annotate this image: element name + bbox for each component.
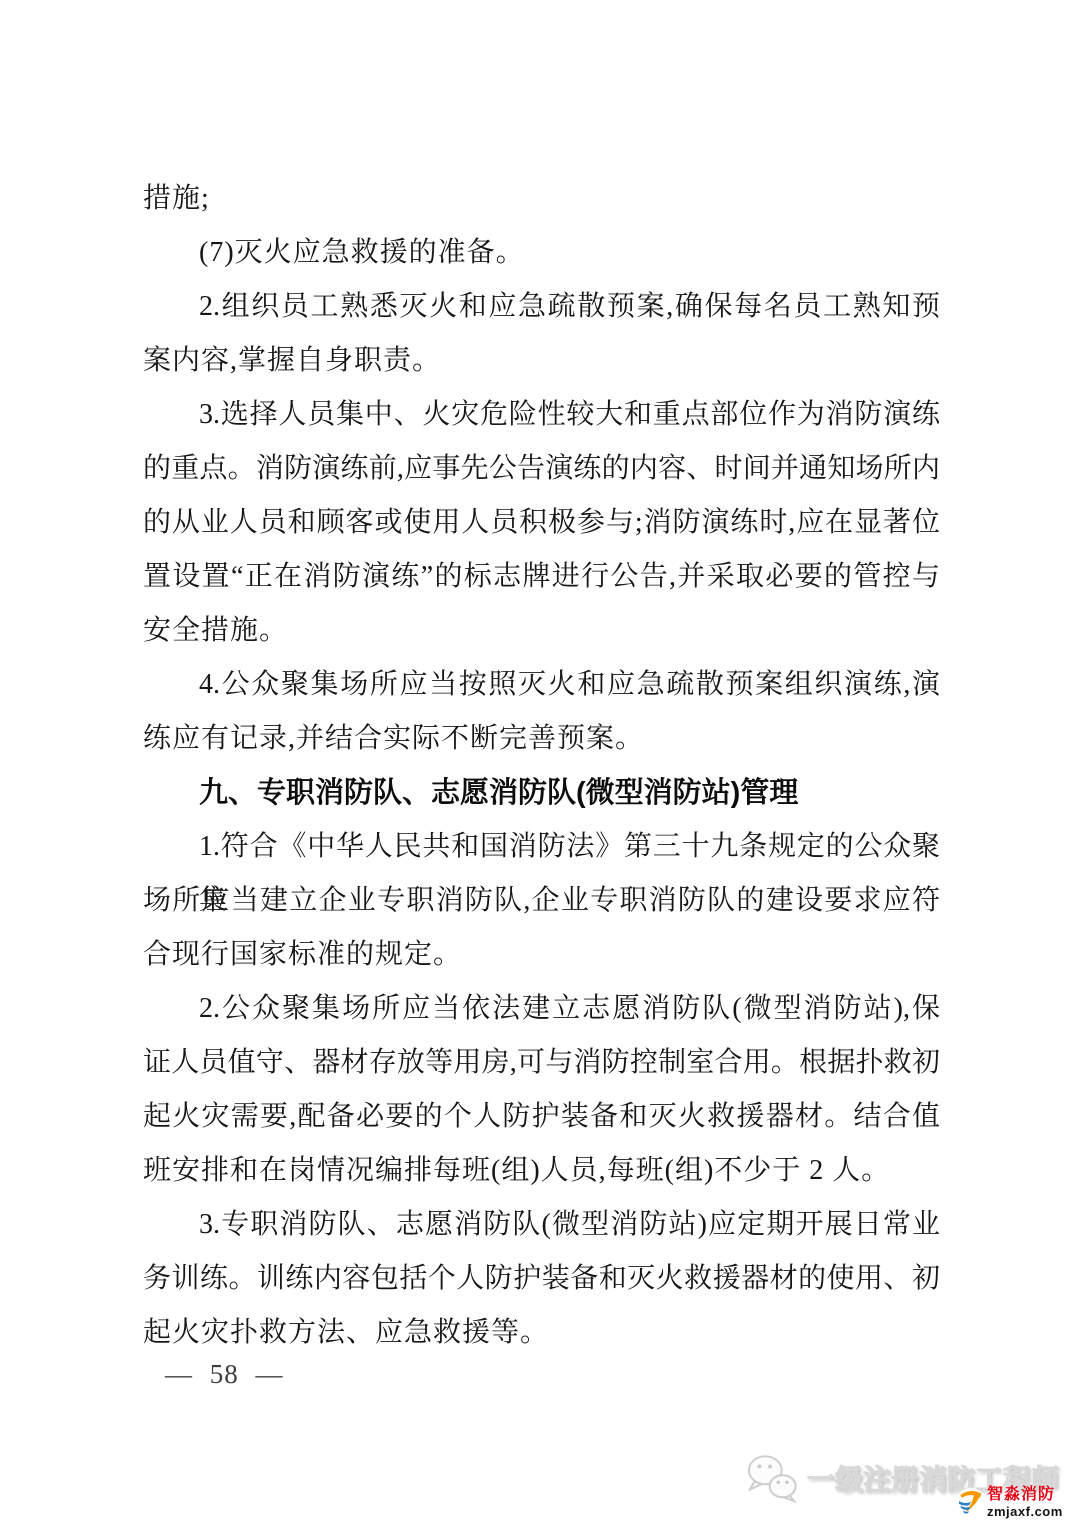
brand-site: zmjaxf.com xyxy=(987,1505,1063,1518)
section-heading: 九、专职消防队、志愿消防队(微型消防站)管理 xyxy=(143,766,940,820)
wechat-icon xyxy=(745,1452,801,1504)
document-line: (7)灭火应急救援的准备。 xyxy=(143,226,940,280)
document-line: 2.组织员工熟悉灭火和应急疏散预案,确保每名员工熟知预 xyxy=(143,280,940,334)
document-line: 班安排和在岗情况编排每班(组)人员,每班(组)不少于 2 人。 xyxy=(143,1144,940,1198)
document-line: 案内容,掌握自身职责。 xyxy=(143,334,940,388)
document-line: 场所应当建立企业专职消防队,企业专职消防队的建设要求应符 xyxy=(143,874,940,928)
document-line: 2.公众聚集场所应当依法建立志愿消防队(微型消防站),保 xyxy=(143,982,940,1036)
document-line: 起火灾需要,配备必要的个人防护装备和灭火救援器材。结合值 xyxy=(143,1090,940,1144)
document-line: 的重点。消防演练前,应事先公告演练的内容、时间并通知场所内 xyxy=(143,442,940,496)
document-line: 练应有记录,并结合实际不断完善预案。 xyxy=(143,712,940,766)
brand-name: 智淼消防 xyxy=(987,1487,1063,1503)
zhimiao-logo-icon xyxy=(957,1487,984,1514)
document-line: 证人员值守、器材存放等用房,可与消防控制室合用。根据扑救初 xyxy=(143,1036,940,1090)
document-line: 安全措施。 xyxy=(143,604,940,658)
document-line: 合现行国家标准的规定。 xyxy=(143,928,940,982)
document-line: 措施; xyxy=(143,172,940,226)
document-line: 1.符合《中华人民共和国消防法》第三十九条规定的公众聚集 xyxy=(143,820,940,874)
document-line: 的从业人员和顾客或使用人员积极参与;消防演练时,应在显著位 xyxy=(143,496,940,550)
brand-badge: 智淼消防 zmjaxf.com xyxy=(957,1487,1063,1518)
document-line: 4.公众聚集场所应当按照灭火和应急疏散预案组织演练,演 xyxy=(143,658,940,712)
document-page: 措施; (7)灭火应急救援的准备。 2.组织员工熟悉灭火和应急疏散预案,确保每名… xyxy=(0,0,1080,1527)
document-line: 置设置“正在消防演练”的标志牌进行公告,并采取必要的管控与 xyxy=(143,550,940,604)
document-body: 措施; (7)灭火应急救援的准备。 2.组织员工熟悉灭火和应急疏散预案,确保每名… xyxy=(143,172,940,1360)
document-line: 3.专职消防队、志愿消防队(微型消防站)应定期开展日常业 xyxy=(143,1198,940,1252)
document-line: 务训练。训练内容包括个人防护装备和灭火救援器材的使用、初 xyxy=(143,1252,940,1306)
document-line: 3.选择人员集中、火灾危险性较大和重点部位作为消防演练 xyxy=(143,388,940,442)
page-number: — 58 — xyxy=(165,1352,284,1396)
